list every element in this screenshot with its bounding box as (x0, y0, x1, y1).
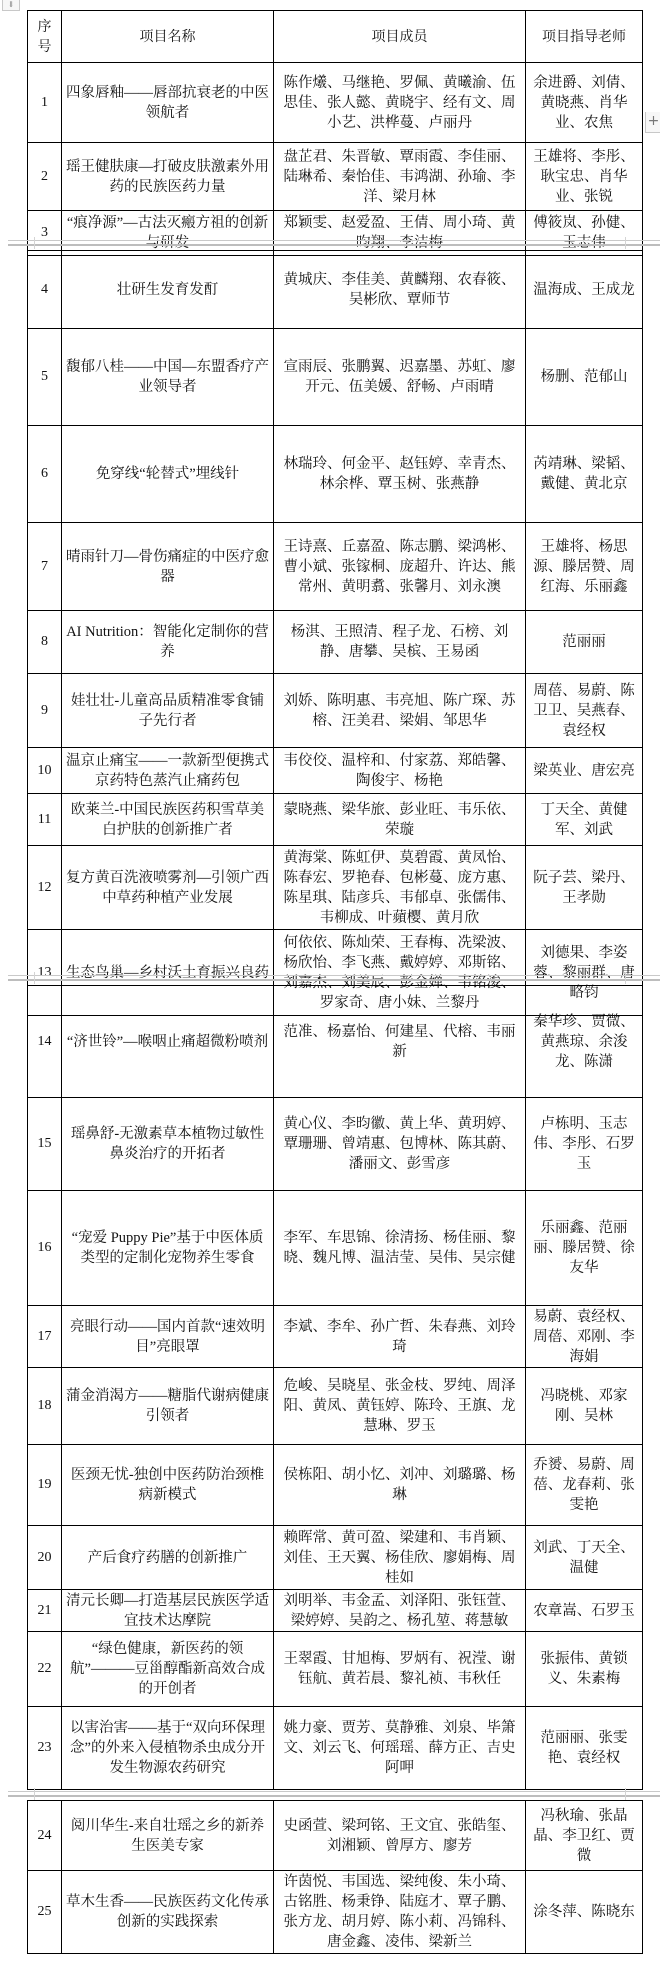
row-advisors[interactable]: 杨删、范郁山 (526, 329, 643, 426)
header-name: 项目名称 (62, 11, 274, 63)
row-no[interactable]: 14 (28, 986, 62, 1098)
row-no[interactable]: 16 (28, 1191, 62, 1306)
row-advisors[interactable]: 冯秋瑜、张晶晶、李卫红、贾微 (526, 1801, 643, 1871)
row-advisors[interactable]: 乐丽鑫、范丽丽、滕居赞、徐友华 (526, 1191, 643, 1306)
row-project-name[interactable]: “宠爱 Puppy Pie”基于中医体质类型的定制化宠物养生零食 (62, 1191, 274, 1306)
row-no[interactable]: 25 (28, 1871, 62, 1954)
row-advisors[interactable]: 范丽丽、张雯艳、袁经权 (526, 1707, 643, 1790)
row-no[interactable]: 2 (28, 143, 62, 211)
row-no[interactable]: 5 (28, 329, 62, 426)
row-no[interactable]: 22 (28, 1632, 62, 1707)
project-table-page-3: 14 “济世铃”—喉咽止痛超微粉喷剂 范准、杨嘉怡、何建星、代榕、韦丽新 秦华珍… (27, 985, 643, 1790)
table-row: 23 以害治害——基于“双向环保理念”的外来入侵植物杀虫成分开发生物源农药研究 … (28, 1707, 643, 1790)
row-no[interactable]: 12 (28, 846, 62, 930)
project-table-page-1: 序号 项目名称 项目成员 项目指导老师 1 四象唇釉——唇部抗衰老的中医领航者 … (27, 10, 643, 256)
row-members[interactable]: 范准、杨嘉怡、何建星、代榕、韦丽新 (274, 986, 526, 1098)
row-advisors[interactable]: 范丽丽 (526, 611, 643, 674)
row-members[interactable]: 黄海棠、陈虹伊、莫碧霞、黄凤怡、陈春宏、罗艳春、包彬蔓、庞方惠、陈星琪、陆彦兵、… (274, 846, 526, 930)
row-members[interactable]: 侯栋阳、胡小忆、刘冲、刘璐璐、杨琳 (274, 1445, 526, 1526)
row-no[interactable]: 20 (28, 1526, 62, 1590)
row-project-name[interactable]: “济世铃”—喉咽止痛超微粉喷剂 (62, 986, 274, 1098)
row-members[interactable]: 王翠霞、甘旭梅、罗炳有、祝滢、谢钰航、黄若晨、黎礼祯、韦秋任 (274, 1632, 526, 1707)
row-advisors[interactable]: 温海成、王成龙 (526, 251, 643, 329)
row-project-name[interactable]: 清元长卿—打造基层民族医学适宜技术达摩院 (62, 1590, 274, 1632)
row-members[interactable]: 林瑞玲、何金平、赵钰婷、幸青杰、林余桦、覃玉树、张燕静 (274, 426, 526, 523)
row-project-name[interactable]: 壮研生发育发酊 (62, 251, 274, 329)
table-row: 8 AI Nutrition：智能化定制你的营养 杨淇、王照清、程子龙、石榜、刘… (28, 611, 643, 674)
table-row: 17 亮眼行动——国内首款“速效明目”亮眼罩 李斌、李牟、孙广哲、朱春燕、刘玲琦… (28, 1306, 643, 1368)
row-project-name[interactable]: 瑶王健肤康—打破皮肤激素外用药的民族医药力量 (62, 143, 274, 211)
row-advisors[interactable]: 周蓓、易蔚、陈卫卫、吴燕春、袁经权 (526, 674, 643, 748)
row-advisors[interactable]: 王雄将、杨思源、滕居赞、周红海、乐丽鑫 (526, 523, 643, 611)
row-project-name[interactable]: 欧莱兰-中国民族医药积雪草美白护肤的创新推广者 (62, 794, 274, 846)
row-advisors[interactable]: 阮子芸、梁丹、王孝勋 (526, 846, 643, 930)
row-no[interactable]: 4 (28, 251, 62, 329)
row-members[interactable]: 危峻、吴晓星、张金枝、罗纯、周泽阳、黄凤、黄钰婷、陈玲、王旗、龙慧琳、罗玉 (274, 1368, 526, 1445)
row-advisors[interactable]: 冯晓桃、邓家刚、吴林 (526, 1368, 643, 1445)
row-members[interactable]: 蒙晓燕、梁华旅、彭业旺、韦乐依、荣璇 (274, 794, 526, 846)
row-advisors[interactable]: 张振伟、黄锁义、朱素梅 (526, 1632, 643, 1707)
row-advisors[interactable]: 乔赟、易蔚、周蓓、龙春莉、张雯艳 (526, 1445, 643, 1526)
table-row: 24 阅川华生-来自壮瑶之乡的新养生医美专家 史函萱、梁珂铭、王文宜、张皓玺、刘… (28, 1801, 643, 1871)
row-members[interactable]: 许茵悦、韦国选、梁纯俊、朱小琦、古铭胜、杨秉铮、陆庭才、覃子鹏、张方龙、胡月婷、… (274, 1871, 526, 1954)
table-header-row: 序号 项目名称 项目成员 项目指导老师 (28, 11, 643, 63)
page-break-separator (0, 1788, 660, 1800)
table-row: 16 “宠爱 Puppy Pie”基于中医体质类型的定制化宠物养生零食 李军、车… (28, 1191, 643, 1306)
row-members[interactable]: 杨淇、王照清、程子龙、石榜、刘静、唐攀、吴槟、王易函 (274, 611, 526, 674)
row-advisors[interactable]: 丁天全、黄健军、刘武 (526, 794, 643, 846)
row-no[interactable]: 6 (28, 426, 62, 523)
row-project-name[interactable]: 瑶鼻舒-无激素草本植物过敏性鼻炎治疗的开拓者 (62, 1098, 274, 1191)
row-members[interactable]: 黄城庆、李佳美、黄麟翔、农春筱、吴彬欣、覃师节 (274, 251, 526, 329)
row-no[interactable]: 19 (28, 1445, 62, 1526)
row-no[interactable]: 17 (28, 1306, 62, 1368)
table-row: 15 瑶鼻舒-无激素草本植物过敏性鼻炎治疗的开拓者 黄心仪、李昀徽、黄上华、黄玥… (28, 1098, 643, 1191)
row-project-name[interactable]: 复方黄百洗液喷雾剂—引领广西中草药种植产业发展 (62, 846, 274, 930)
row-advisors[interactable]: 芮靖琳、梁韬、戴健、黄北京 (526, 426, 643, 523)
row-members[interactable]: 王诗熹、丘嘉盈、陈志鹏、梁鸿彬、曹小斌、张镓桐、庞超升、许达、熊常州、黄明翥、张… (274, 523, 526, 611)
header-advisors: 项目指导老师 (526, 11, 643, 63)
row-members[interactable]: 黄心仪、李昀徽、黄上华、黄玥婷、覃珊珊、曾靖惠、包博林、陈其蔚、潘丽文、彭雪彦 (274, 1098, 526, 1191)
row-no[interactable]: 11 (28, 794, 62, 846)
page-break-separator (0, 972, 660, 984)
table-row: 10 温京止痛宝——一款新型便携式京药特色蒸汽止痛药包 韦佼佼、温梓和、付家荔、… (28, 748, 643, 794)
row-members[interactable]: 刘娇、陈明惠、韦亮旭、陈广琛、苏榕、汪美君、梁娟、邹思华 (274, 674, 526, 748)
row-no[interactable]: 23 (28, 1707, 62, 1790)
row-members[interactable]: 赖晖常、黄可盈、梁建和、韦肖颖、刘佳、王天翼、杨佳欣、廖娟梅、周桂如 (274, 1526, 526, 1590)
row-no[interactable]: 7 (28, 523, 62, 611)
row-project-name[interactable]: 蒲金消渴方——糖脂代谢病健康引领者 (62, 1368, 274, 1445)
row-project-name[interactable]: 免穿线“轮替式”埋线针 (62, 426, 274, 523)
header-no: 序号 (28, 11, 62, 63)
row-advisors[interactable]: 余进爵、刘倩、黄晓燕、肖华业、农焦 (526, 63, 643, 143)
row-members[interactable]: 姚力豪、贾芳、莫静雅、刘泉、毕箫文、刘云飞、何瑶瑶、薛方正、吉史阿呷 (274, 1707, 526, 1790)
row-project-name[interactable]: 阅川华生-来自壮瑶之乡的新养生医美专家 (62, 1801, 274, 1871)
row-project-name[interactable]: “绿色健康，新医药的领航”———豆甾醇酯新高效合成的开创者 (62, 1632, 274, 1707)
row-advisors[interactable]: 卢栋明、玉志伟、李彤、石罗玉 (526, 1098, 643, 1191)
row-project-name[interactable]: 馥郁八桂——中国—东盟香疗产业领导者 (62, 329, 274, 426)
table-row: 20 产后食疗药膳的创新推广 赖晖常、黄可盈、梁建和、韦肖颖、刘佳、王天翼、杨佳… (28, 1526, 643, 1590)
row-advisors[interactable]: 农章嵩、石罗玉 (526, 1590, 643, 1632)
row-members[interactable]: 史函萱、梁珂铭、王文宜、张皓玺、刘湘颖、曾厚方、廖芳 (274, 1801, 526, 1871)
row-no[interactable]: 21 (28, 1590, 62, 1632)
row-no[interactable]: 18 (28, 1368, 62, 1445)
row-no[interactable]: 24 (28, 1801, 62, 1871)
row-no[interactable]: 8 (28, 611, 62, 674)
table-row: 7 晴雨针刀—骨伤痛症的中医疗愈器 王诗熹、丘嘉盈、陈志鹏、梁鸿彬、曹小斌、张镓… (28, 523, 643, 611)
row-advisors[interactable]: 秦华珍、贾微、黄燕琼、余浚龙、陈潇 (526, 986, 643, 1098)
row-members[interactable]: 陈作爔、马继艳、罗佩、黄曦渝、伍思佳、张人懿、黄晓宇、经有文、周小艺、洪桦蔓、卢… (274, 63, 526, 143)
row-project-name[interactable]: 晴雨针刀—骨伤痛症的中医疗愈器 (62, 523, 274, 611)
row-no[interactable]: 15 (28, 1098, 62, 1191)
row-members[interactable]: 盘芷君、朱晋敏、覃雨霞、李佳丽、陆琳希、秦怡佳、韦鸿湖、孙瑜、李洋、梁月林 (274, 143, 526, 211)
table-row: 14 “济世铃”—喉咽止痛超微粉喷剂 范准、杨嘉怡、何建星、代榕、韦丽新 秦华珍… (28, 986, 643, 1098)
table-row: 25 草木生香——民族医药文化传承创新的实践探索 许茵悦、韦国选、梁纯俊、朱小琦… (28, 1871, 643, 1954)
row-advisors[interactable]: 涂冬萍、陈晓东 (526, 1871, 643, 1954)
project-table-page-2: 4 壮研生发育发酊 黄城庆、李佳美、黄麟翔、农春筱、吴彬欣、覃师节 温海成、王成… (27, 250, 643, 1016)
row-advisors[interactable]: 梁英业、唐宏亮 (526, 748, 643, 794)
row-project-name[interactable]: 四象唇釉——唇部抗衰老的中医领航者 (62, 63, 274, 143)
row-project-name[interactable]: AI Nutrition：智能化定制你的营养 (62, 611, 274, 674)
row-no[interactable]: 1 (28, 63, 62, 143)
header-members: 项目成员 (274, 11, 526, 63)
table-row: 5 馥郁八桂——中国—东盟香疗产业领导者 宣雨辰、张鹏翼、迟嘉墨、苏虹、廖开元、… (28, 329, 643, 426)
table-row: 6 免穿线“轮替式”埋线针 林瑞玲、何金平、赵钰婷、幸青杰、林余桦、覃玉树、张燕… (28, 426, 643, 523)
table-row: 9 娃壮壮-儿童高品质精准零食铺子先行者 刘娇、陈明惠、韦亮旭、陈广琛、苏榕、汪… (28, 674, 643, 748)
row-project-name[interactable]: 娃壮壮-儿童高品质精准零食铺子先行者 (62, 674, 274, 748)
row-members[interactable]: 宣雨辰、张鹏翼、迟嘉墨、苏虹、廖开元、伍美媛、舒畅、卢雨晴 (274, 329, 526, 426)
row-members[interactable]: 韦佼佼、温梓和、付家荔、郑皓馨、陶俊宇、杨艳 (274, 748, 526, 794)
row-advisors[interactable]: 刘武、丁天全、温健 (526, 1526, 643, 1590)
table-row: 22 “绿色健康，新医药的领航”———豆甾醇酯新高效合成的开创者 王翠霞、甘旭梅… (28, 1632, 643, 1707)
row-project-name[interactable]: 医颈无忧-独创中医药防治颈椎病新模式 (62, 1445, 274, 1526)
table-row: 12 复方黄百洗液喷雾剂—引领广西中草药种植产业发展 黄海棠、陈虹伊、莫碧霞、黄… (28, 846, 643, 930)
row-project-name[interactable]: 草木生香——民族医药文化传承创新的实践探索 (62, 1871, 274, 1954)
add-row-plus-icon[interactable]: + (645, 112, 660, 133)
table-row: 19 医颈无忧-独创中医药防治颈椎病新模式 侯栋阳、胡小忆、刘冲、刘璐璐、杨琳 … (28, 1445, 643, 1526)
row-no[interactable]: 9 (28, 674, 62, 748)
row-project-name[interactable]: 温京止痛宝——一款新型便携式京药特色蒸汽止痛药包 (62, 748, 274, 794)
table-row: 21 清元长卿—打造基层民族医学适宜技术达摩院 刘明举、韦金孟、刘泽阳、张钰萱、… (28, 1590, 643, 1632)
project-table-page-4: 24 阅川华生-来自壮瑶之乡的新养生医美专家 史函萱、梁珂铭、王文宜、张皓玺、刘… (27, 1800, 643, 1954)
row-members[interactable]: 李军、车思锦、徐清扬、杨佳丽、黎晓、魏凡博、温洁莹、吴伟、吴宗健 (274, 1191, 526, 1306)
page-break-separator (0, 237, 660, 249)
row-project-name[interactable]: 产后食疗药膳的创新推广 (62, 1526, 274, 1590)
row-members[interactable]: 李斌、李牟、孙广哲、朱春燕、刘玲琦 (274, 1306, 526, 1368)
table-row: 18 蒲金消渴方——糖脂代谢病健康引领者 危峻、吴晓星、张金枝、罗纯、周泽阳、黄… (28, 1368, 643, 1445)
table-row: 11 欧莱兰-中国民族医药积雪草美白护肤的创新推广者 蒙晓燕、梁华旅、彭业旺、韦… (28, 794, 643, 846)
row-project-name[interactable]: 以害治害——基于“双向环保理念”的外来入侵植物杀虫成分开发生物源农药研究 (62, 1707, 274, 1790)
row-members[interactable]: 刘明举、韦金孟、刘泽阳、张钰萱、梁婷婷、吴韵之、杨孔堃、蒋慧敏 (274, 1590, 526, 1632)
row-advisors[interactable]: 王雄将、李彤、耿宝忠、肖华业、张锐 (526, 143, 643, 211)
table-move-handle-icon[interactable]: ⇓ (2, 0, 20, 11)
row-advisors[interactable]: 易蔚、袁经权、周蓓、邓刚、李海娟 (526, 1306, 643, 1368)
table-row: 2 瑶王健肤康—打破皮肤激素外用药的民族医药力量 盘芷君、朱晋敏、覃雨霞、李佳丽… (28, 143, 643, 211)
row-no[interactable]: 10 (28, 748, 62, 794)
row-project-name[interactable]: 亮眼行动——国内首款“速效明目”亮眼罩 (62, 1306, 274, 1368)
table-row: 1 四象唇釉——唇部抗衰老的中医领航者 陈作爔、马继艳、罗佩、黄曦渝、伍思佳、张… (28, 63, 643, 143)
table-row: 4 壮研生发育发酊 黄城庆、李佳美、黄麟翔、农春筱、吴彬欣、覃师节 温海成、王成… (28, 251, 643, 329)
